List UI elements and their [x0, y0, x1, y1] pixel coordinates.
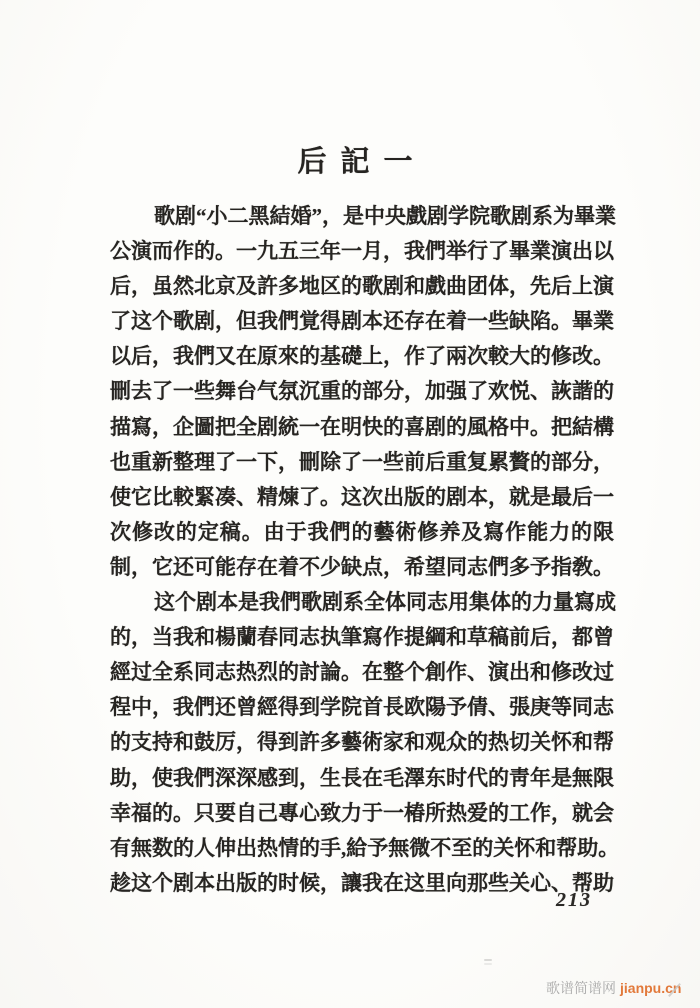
- text-line: 后，虽然北京及許多地区的歌剧和戲曲团体，先后上演: [110, 269, 614, 304]
- text-line: 公演而作的。一九五三年一月，我們举行了畢業演出以: [110, 234, 614, 269]
- text-line: 也重新整理了一下，刪除了一些前后重复累贅的部分，: [110, 445, 614, 480]
- text-line: 的支持和鼓厉，得到許多藝術家和观众的热切关怀和帮: [110, 725, 614, 760]
- watermark: 歌谱简谱网jianpu.cn: [546, 979, 681, 997]
- text-line: 經过全系同志热烈的討論。在整个創作、演出和修改过: [110, 655, 614, 690]
- scan-speck: [391, 736, 395, 739]
- text-line: 制，它还可能存在着不少缺点，希望同志們多予指敎。: [110, 550, 614, 585]
- text-line: 歌剧“小二黑結婚”，是中央戲剧学院歌剧系为畢業: [110, 199, 614, 234]
- text-line: 幸福的。只要自己專心致力于一椿所热爱的工作，就会: [110, 796, 614, 831]
- text-line: 助，使我們深深感到，生長在毛澤东时代的靑年是無限: [110, 761, 614, 796]
- text-line: 程中，我們还曾經得到学院首長欧陽予倩、張庚等同志: [110, 690, 614, 725]
- text-line: 描寫，企圖把全剧統一在明快的喜剧的風格中。把結構: [110, 410, 614, 445]
- body-text: 歌剧“小二黑結婚”，是中央戲剧学院歌剧系为畢業 公演而作的。一九五三年一月，我們…: [110, 199, 614, 901]
- scan-speck: [484, 959, 492, 961]
- text-line: 有無数的人伸出热情的手,給予無微不至的关怀和帮助。: [110, 831, 614, 866]
- text-line: 以后，我們又在原來的基礎上，作了兩次較大的修改。: [110, 339, 614, 374]
- page-title: 后記一: [5, 139, 700, 180]
- text-line: 刪去了一些舞台气氛沉重的部分，加强了欢悦、詼諧的: [110, 374, 614, 409]
- text-line: 使它比較緊凑、精煉了。这次出版的剧本，就是最后一: [110, 480, 614, 515]
- text-line: 了这个歌剧，但我們覚得剧本还存在着一些缺陷。畢業: [110, 304, 614, 339]
- watermark-site-name: 歌谱简谱网: [546, 982, 616, 997]
- book-page: 后記一 歌剧“小二黑結婚”，是中央戲剧学院歌剧系为畢業 公演而作的。一九五三年一…: [0, 0, 700, 1008]
- page-number: 213: [556, 889, 592, 912]
- text-line: 的，当我和楊蘭春同志执筆寫作提綱和草稿前后，都曾: [110, 620, 614, 655]
- text-line: 趁这个剧本出版的时候，讓我在这里向那些关心、帮助: [110, 866, 614, 901]
- text-line: 这个剧本是我們歌剧系全体同志用集体的力量寫成: [110, 585, 614, 620]
- text-line: 次修改的定稿。由于我們的藝術修养及寫作能力的限: [110, 515, 614, 550]
